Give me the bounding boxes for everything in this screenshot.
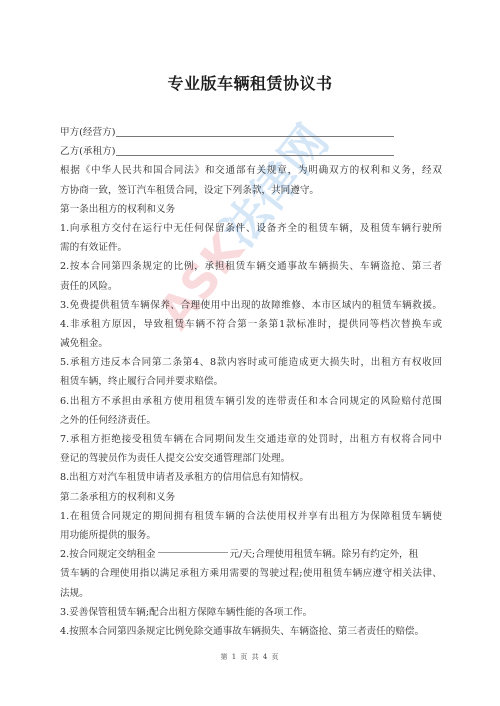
rent-amount-field[interactable]: [158, 552, 228, 553]
text-line: 登记的驾驶员作为责任人提交公安交通管理部门处理。: [60, 449, 442, 468]
text-line: 之外的任何经济责任。: [60, 411, 442, 430]
text-line: 根据《中华人民共和国合同法》和交通部有关规章，为明确双方的权利和义务，经双: [60, 161, 442, 180]
party-b-line: 乙方(承租方): [60, 142, 442, 161]
text-line: 责任的风险。: [60, 277, 442, 296]
rent-prefix: 2.按合同规定交纳租金: [60, 549, 156, 560]
party-a-label: 甲方(经营方): [60, 123, 115, 142]
party-b-label: 乙方(承租方): [60, 142, 115, 161]
text-line: 2.按本合同第四条规定的比例，承担租赁车辆交通事故车辆损失、车辆盗抢、第三者: [60, 257, 442, 276]
text-line: 方协商一致，签订汽车租赁合同，设定下列条款，共同遵守。: [60, 181, 442, 200]
text-line: 5.承租方违反本合同第二条第4、8款内容时或可能造成更大损失时，出租方有权收回: [60, 353, 442, 372]
text-line: 3.免费提供租赁车辆保养、合理使用中出现的故障维修、本市区域内的租赁车辆救援。: [60, 296, 442, 315]
page-footer: 第 1 页 共 4 页: [0, 652, 500, 662]
text-line: 租赁车辆，终止履行合同并要求赔偿。: [60, 372, 442, 391]
section-heading: 第一条出租方的权利和义务: [60, 200, 442, 219]
section-heading: 第二条承租方的权利和义务: [60, 488, 442, 507]
text-line: 4.按照本合同第四条规定比例免除交通事故车辆损失、车辆盗抢、第三者责任的赔偿。: [60, 622, 442, 641]
party-a-field[interactable]: [116, 136, 394, 137]
text-line: 1.向承租方交付在运行中无任何保留条件、设备齐全的租赁车辆，及租赁车辆行驶所: [60, 219, 442, 238]
text-line: 8.出租方对汽车租赁申请者及承租方的信用信息有知情权。: [60, 468, 442, 487]
rent-suffix: 元/天;合理使用租赁车辆。除另有约定外，租: [230, 549, 419, 560]
text-line: 赁车辆的合理使用指以满足承租方乘用需要的驾驶过程;使用租赁车辆应遵守相关法律、: [60, 564, 442, 583]
document-title: 专业版车辆租赁协议书: [0, 71, 500, 94]
text-line: 3.妥善保管租赁车辆;配合出租方保障车辆性能的各项工作。: [60, 603, 442, 622]
party-a-line: 甲方(经营方): [60, 123, 442, 142]
text-line: 法规。: [60, 584, 442, 603]
text-line: 7.承租方拒绝接受租赁车辆在合同期间发生交通违章的处罚时，出租方有权将合同中: [60, 430, 442, 449]
rent-line: 2.按合同规定交纳租金元/天;合理使用租赁车辆。除另有约定外，租: [60, 545, 442, 564]
document-page: ASK法律网 专业版车辆租赁协议书 甲方(经营方) 乙方(承租方) 根据《中华人…: [0, 0, 500, 706]
text-line: 需的有效证件。: [60, 238, 442, 257]
text-line: 6.出租方不承担由承租方使用租赁车辆引发的连带责任和本合同规定的风险赔付范围: [60, 392, 442, 411]
document-body: 甲方(经营方) 乙方(承租方) 根据《中华人民共和国合同法》和交通部有关规章，为…: [60, 123, 442, 641]
party-b-field[interactable]: [116, 155, 394, 156]
text-line: 减免租金。: [60, 334, 442, 353]
text-line: 4.非承租方原因，导致租赁车辆不符合第一条第1款标准时，提供同等档次替换车或: [60, 315, 442, 334]
text-line: 1.在租赁合同规定的期间拥有租赁车辆的合法使用权并享有出租方为保障租赁车辆使: [60, 507, 442, 526]
text-line: 用功能所提供的服务。: [60, 526, 442, 545]
